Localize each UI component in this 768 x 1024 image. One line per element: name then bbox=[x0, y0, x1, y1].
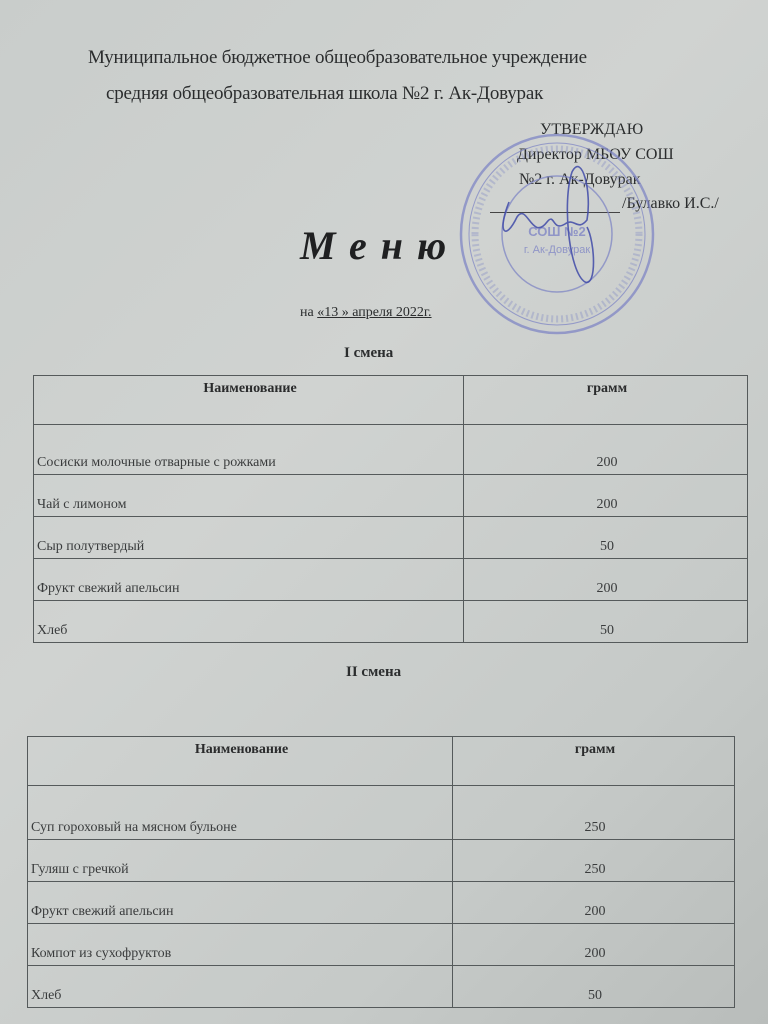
column-header-name: Наименование bbox=[28, 737, 453, 786]
table-row: Фрукт свежий апельсин200 bbox=[28, 882, 735, 924]
table-row: Компот из сухофруктов200 bbox=[28, 924, 735, 966]
table-header-row: Наименование грамм bbox=[28, 737, 735, 786]
page-title: Меню bbox=[300, 222, 460, 269]
table-row: Хлеб50 bbox=[28, 966, 735, 1008]
dish-grams: 250 bbox=[453, 840, 735, 882]
date-prefix: на bbox=[300, 305, 317, 320]
dish-name: Сыр полутвердый bbox=[34, 517, 464, 559]
date-value: «13 » апреля 2022г. bbox=[317, 305, 431, 320]
dish-grams: 200 bbox=[464, 425, 748, 475]
table-row: Фрукт свежий апельсин200 bbox=[34, 559, 748, 601]
signatory-name: /Булавко И.С./ bbox=[622, 195, 719, 212]
approval-position: Директор МБОУ СОШ bbox=[517, 146, 674, 164]
shift-2-menu-table: Наименование грамм Суп гороховый на мясн… bbox=[27, 736, 735, 1008]
dish-grams: 50 bbox=[453, 966, 735, 1008]
table-row: Хлеб50 bbox=[34, 601, 748, 643]
approval-signature-line: /Булавко И.С./ bbox=[490, 195, 719, 213]
approval-school: №2 г. Ак-Довурак bbox=[519, 171, 640, 189]
dish-name: Фрукт свежий апельсин bbox=[34, 559, 464, 601]
dish-name: Хлеб bbox=[34, 601, 464, 643]
dish-grams: 50 bbox=[464, 517, 748, 559]
column-header-grams: грамм bbox=[464, 376, 748, 425]
table-row: Сыр полутвердый50 bbox=[34, 517, 748, 559]
table-row: Суп гороховый на мясном бульоне250 bbox=[28, 786, 735, 840]
dish-grams: 200 bbox=[464, 559, 748, 601]
column-header-name: Наименование bbox=[34, 376, 464, 425]
dish-name: Компот из сухофруктов bbox=[28, 924, 453, 966]
dish-name: Хлеб bbox=[28, 966, 453, 1008]
column-header-grams: грамм bbox=[453, 737, 735, 786]
menu-date: на «13 » апреля 2022г. bbox=[300, 305, 432, 321]
shift-1-heading: I смена bbox=[344, 345, 393, 362]
table-row: Чай с лимоном200 bbox=[34, 475, 748, 517]
shift-2-heading: II смена bbox=[346, 664, 401, 681]
dish-grams: 250 bbox=[453, 786, 735, 840]
dish-grams: 50 bbox=[464, 601, 748, 643]
table-row: Гуляш с гречкой250 bbox=[28, 840, 735, 882]
table-row: Сосиски молочные отварные с рожками200 bbox=[34, 425, 748, 475]
organization-line-1: Муниципальное бюджетное общеобразователь… bbox=[88, 47, 587, 69]
dish-grams: 200 bbox=[453, 882, 735, 924]
stamp-text-2: г. Ак-Довурак bbox=[524, 244, 590, 256]
dish-name: Гуляш с гречкой bbox=[28, 840, 453, 882]
dish-name: Сосиски молочные отварные с рожками bbox=[34, 425, 464, 475]
dish-grams: 200 bbox=[464, 475, 748, 517]
dish-name: Чай с лимоном bbox=[34, 475, 464, 517]
signature-underline bbox=[490, 212, 620, 213]
shift-1-menu-table: Наименование грамм Сосиски молочные отва… bbox=[33, 375, 748, 643]
dish-name: Фрукт свежий апельсин bbox=[28, 882, 453, 924]
table-header-row: Наименование грамм bbox=[34, 376, 748, 425]
dish-name: Суп гороховый на мясном бульоне bbox=[28, 786, 453, 840]
approval-heading: УТВЕРЖДАЮ bbox=[540, 121, 643, 139]
organization-line-2: средняя общеобразовательная школа №2 г. … bbox=[106, 83, 543, 105]
dish-grams: 200 bbox=[453, 924, 735, 966]
stamp-text-1: СОШ №2 bbox=[528, 224, 586, 239]
